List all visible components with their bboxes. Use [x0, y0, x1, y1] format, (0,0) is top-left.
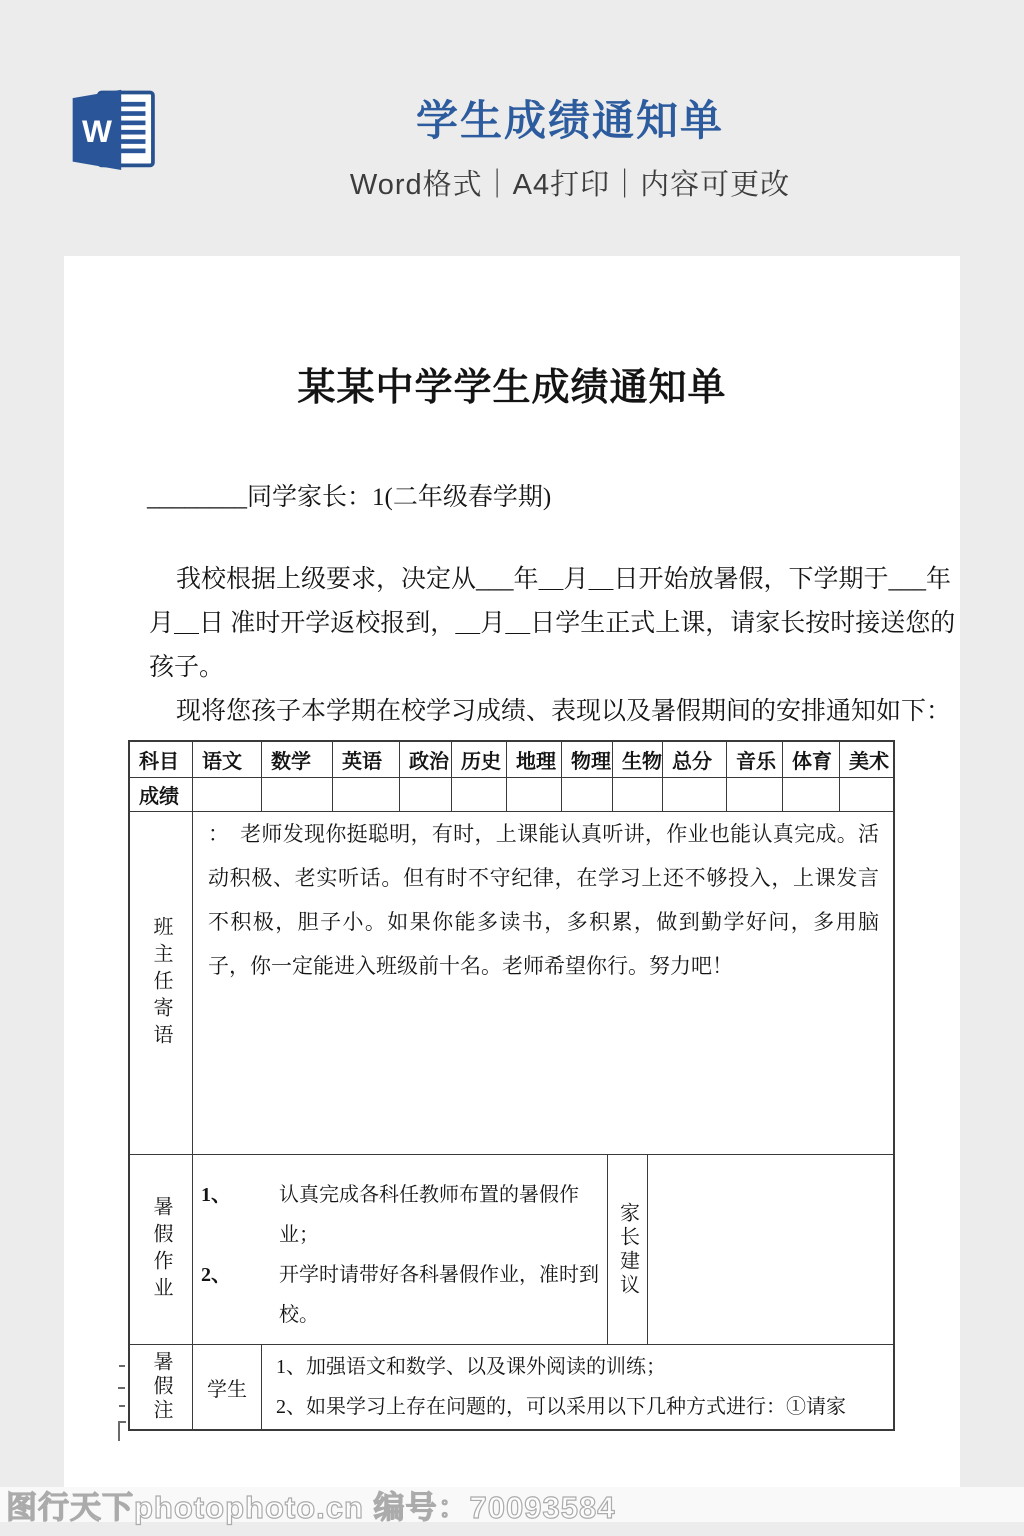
score-cell — [613, 778, 663, 811]
preview-title: 学生成绩通知单 — [180, 88, 960, 148]
homework-row: 暑假作业 1、 认真完成各科任教师布置的暑假作业； 2、 开学时请带好各科暑假作… — [130, 1155, 893, 1345]
subject-cell: 数学 — [262, 742, 333, 777]
teacher-note-label: 班主任寄语 — [151, 916, 171, 1051]
subjects-header-row: 科目 语文 数学 英语 政治 历史 地理 物理 生物 总分 音乐 体育 美术 — [130, 742, 893, 778]
grade-table: 科目 语文 数学 英语 政治 历史 地理 物理 生物 总分 音乐 体育 美术 成… — [128, 740, 895, 1431]
watermark-text: 图行天下photophoto.cn 编号：70093584 — [0, 1482, 615, 1527]
subject-cell: 英语 — [333, 742, 400, 777]
homework-item: 1、 认真完成各科任教师布置的暑假作业； — [201, 1175, 601, 1255]
score-cell — [262, 778, 333, 811]
teacher-note-row: 班主任寄语 ： 老师发现你挺聪明，有时，上课能认真听讲，作业也能认真完成。活动积… — [130, 812, 893, 1155]
homework-item: 2、 开学时请带好各科暑假作业，准时到校。 — [201, 1255, 601, 1335]
homework-label: 暑假作业 — [151, 1196, 171, 1304]
subject-cell: 音乐 — [727, 742, 783, 777]
notes-label: 暑假注 — [151, 1351, 171, 1423]
document-title: 某某中学学生成绩通知单 — [64, 356, 960, 411]
body-line: 我校根据上级要求，决定从___年＿月＿日开始放暑假，下学期于___年 — [149, 558, 955, 602]
score-cell — [562, 778, 613, 811]
parent-advice-blank-cell — [648, 1155, 893, 1344]
teacher-note-content: ： 老师发现你挺聪明，有时，上课能认真听讲，作业也能认真完成。活动积极、老实听话… — [193, 812, 893, 1154]
preview-header: W 学生成绩通知单 Word格式｜A4打印｜内容可更改 — [0, 0, 1024, 220]
homework-item-text: 开学时请带好各科暑假作业，准时到校。 — [279, 1255, 601, 1335]
body-paragraph: 我校根据上级要求，决定从___年＿月＿日开始放暑假，下学期于___年 月＿日 准… — [149, 558, 955, 690]
watermark-bar: 图行天下photophoto.cn 编号：70093584 — [0, 1487, 1024, 1522]
score-row-label: 成绩 — [130, 778, 193, 811]
notes-line: 2、如果学习上存在问题的，可以采用以下几种方式进行：①请家 — [276, 1387, 885, 1427]
subject-cell: 物理 — [562, 742, 613, 777]
name-blank-underline: ________ — [147, 484, 247, 511]
subject-cell: 生物 — [613, 742, 663, 777]
homework-item-text: 认真完成各科任教师布置的暑假作业； — [279, 1175, 601, 1255]
score-cell — [663, 778, 727, 811]
word-icon: W — [62, 86, 158, 170]
subject-cell: 历史 — [452, 742, 507, 777]
score-cell — [333, 778, 400, 811]
score-cell — [507, 778, 562, 811]
body-line: 孩子。 — [149, 646, 955, 690]
homework-content: 1、 认真完成各科任教师布置的暑假作业； 2、 开学时请带好各科暑假作业，准时到… — [193, 1155, 608, 1344]
subject-cell: 政治 — [400, 742, 452, 777]
score-cell — [727, 778, 783, 811]
homework-label-cell: 暑假作业 — [130, 1155, 193, 1344]
score-cell — [400, 778, 452, 811]
subject-header-cell: 科目 — [130, 742, 193, 777]
salutation-text: 同学家长：1(二年级春学期) — [247, 484, 551, 511]
score-cell — [452, 778, 507, 811]
salutation-line: ________同学家长：1(二年级春学期) — [147, 477, 551, 513]
subject-cell: 美术 — [840, 742, 893, 777]
notice-line: 现将您孩子本学期在校学习成绩、表现以及暑假期间的安排通知如下： — [149, 691, 951, 727]
subject-cell: 体育 — [783, 742, 840, 777]
notes-label-cell: 暑假注 — [130, 1345, 193, 1429]
preview-title-block: 学生成绩通知单 Word格式｜A4打印｜内容可更改 — [180, 88, 960, 203]
body-line: 月＿日 准时开学返校报到，＿月＿日学生正式上课，请家长按时接送您的 — [149, 602, 955, 646]
parent-advice-label-cell: 家长建议 — [608, 1155, 648, 1344]
parent-advice-label: 家长建议 — [618, 1202, 638, 1298]
notes-content: 1、加强语文和数学、以及课外阅读的训练； 2、如果学习上存在问题的，可以采用以下… — [262, 1345, 893, 1429]
subject-cell: 地理 — [507, 742, 562, 777]
page-edge-artifact — [118, 1359, 130, 1444]
notes-row: 暑假注 学生 1、加强语文和数学、以及课外阅读的训练； 2、如果学习上存在问题的… — [130, 1345, 893, 1429]
svg-text:W: W — [82, 113, 112, 149]
homework-item-number: 1、 — [201, 1175, 279, 1255]
subject-cell: 语文 — [193, 742, 262, 777]
teacher-note-label-cell: 班主任寄语 — [130, 812, 193, 1154]
subject-cell: 总分 — [663, 742, 727, 777]
score-cell — [783, 778, 840, 811]
preview-subtitle: Word格式｜A4打印｜内容可更改 — [180, 162, 960, 203]
notes-line: 1、加强语文和数学、以及课外阅读的训练； — [276, 1347, 885, 1387]
score-cell — [840, 778, 893, 811]
homework-item-number: 2、 — [201, 1255, 279, 1335]
student-label-cell: 学生 — [193, 1345, 262, 1429]
score-cell — [193, 778, 262, 811]
document-page: 某某中学学生成绩通知单 ________同学家长：1(二年级春学期) 我校根据上… — [64, 256, 960, 1487]
screenshot-root: W 学生成绩通知单 Word格式｜A4打印｜内容可更改 某某中学学生成绩通知单 … — [0, 0, 1024, 1536]
scores-row: 成绩 — [130, 778, 893, 812]
